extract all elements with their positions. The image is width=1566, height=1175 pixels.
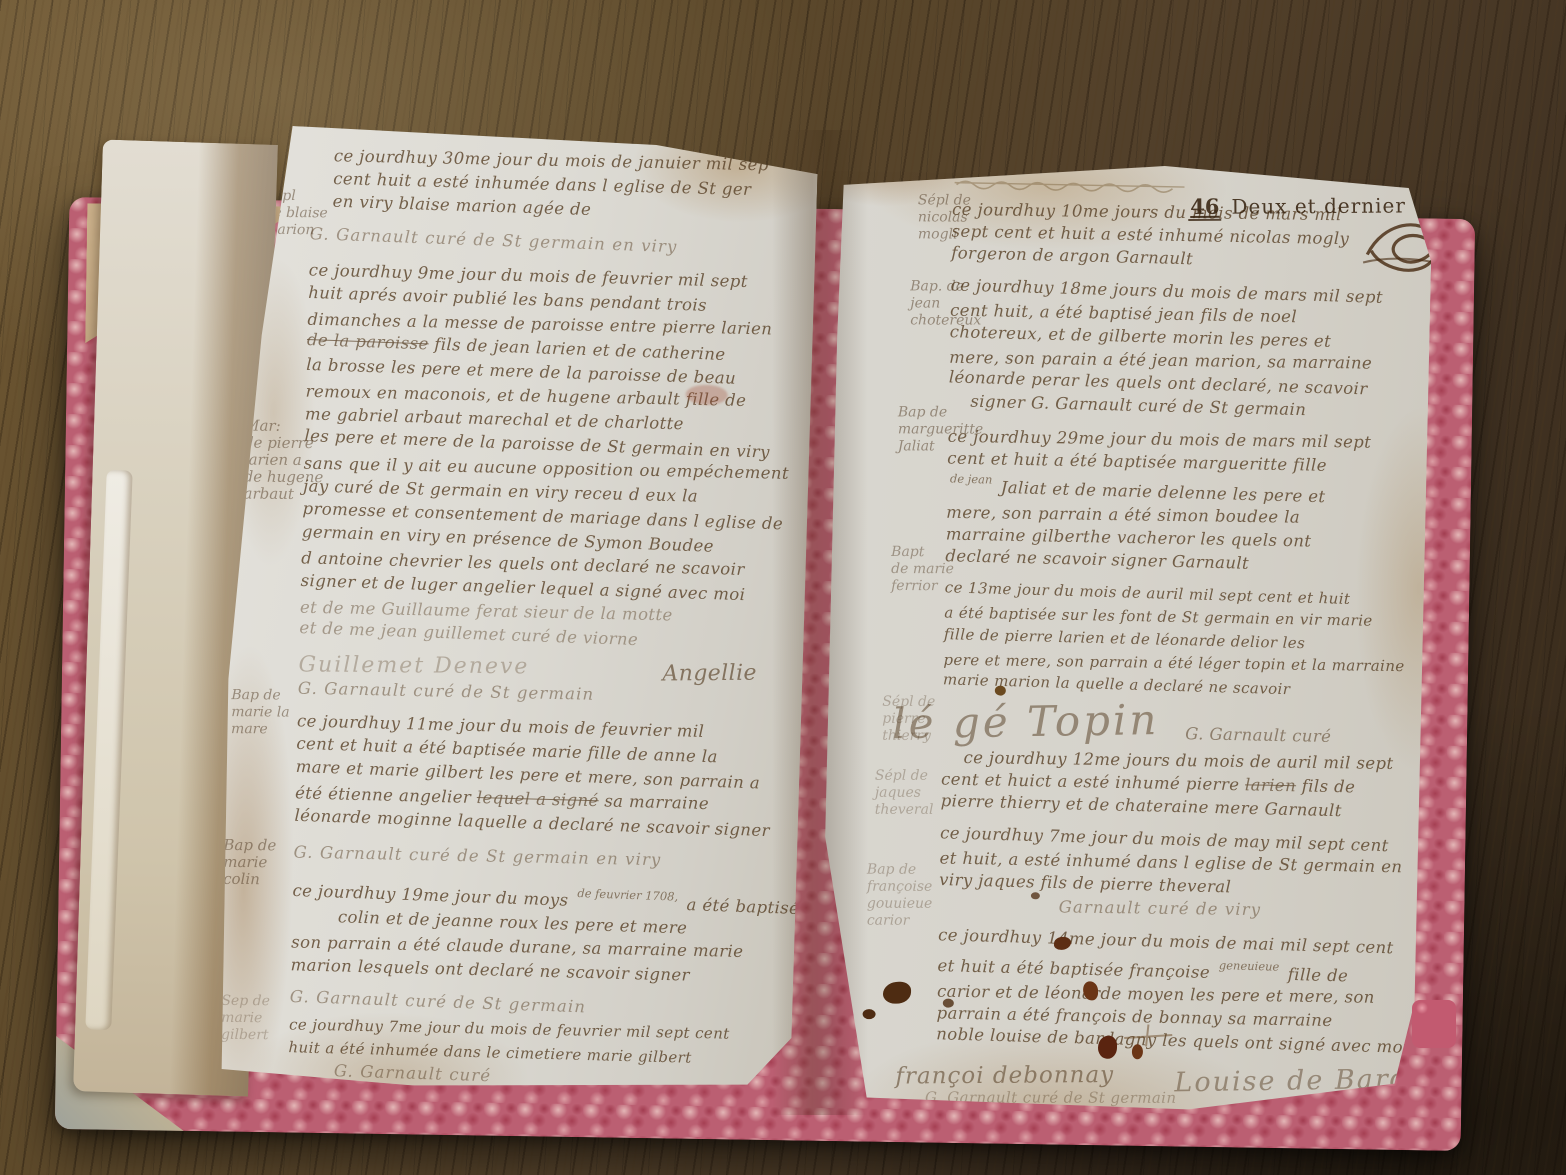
ink-blot	[1098, 1036, 1117, 1059]
signature-guillemet: Guillemet Deneve	[298, 652, 529, 679]
signature-angellier: Angellie	[662, 661, 757, 687]
margin-note: Bap de marie la mare	[231, 687, 290, 739]
ink-blot	[1083, 981, 1098, 1000]
margin-note: Sépl de pierre thierry	[882, 694, 935, 745]
margin-note: Bap de françoise gouuieue carior	[867, 862, 933, 930]
ink-blot	[1031, 892, 1040, 899]
cover-edge-peek	[1412, 1000, 1456, 1048]
margin-note: Sep de marie gilbert	[221, 993, 270, 1044]
margin-note: Bapt de marie ferrior	[891, 544, 954, 595]
left-page-text: ce jourdhuy 30me jour du mois de januier…	[216, 125, 819, 1096]
big-inscription-row: lé gé Topin G. Garnault curé	[892, 695, 1407, 754]
margin-note: Bap. de jean chotereux	[910, 278, 981, 329]
left-page: Sépl de blaise marionMar: de pierre lari…	[216, 125, 819, 1096]
right-page-lines-a: ce jourdhuy 10me jours du mois de mars m…	[943, 197, 1416, 703]
paraph-mark	[1120, 1022, 1180, 1049]
manuscript-line: G. Garnault curé de St germain en viry	[309, 222, 802, 264]
left-page-lines-b: G. Garnault curé de St germaince jourdhu…	[288, 675, 791, 1095]
ink-blot	[863, 1009, 876, 1019]
signature-debonnay: françoi debonnay	[895, 1062, 1114, 1090]
margin-note: Mar: de pierre larien a de hugene arbaut	[243, 417, 323, 503]
margin-note: Sépl de jaques theveral	[875, 768, 934, 819]
left-page-lines-a: ce jourdhuy 30me jour du mois de januier…	[299, 142, 804, 655]
manuscript-photo: Sépl de blaise marionMar: de pierre lari…	[0, 0, 1566, 1175]
ink-blot	[943, 999, 954, 1008]
ink-blot	[995, 685, 1006, 695]
margin-note: Bap de margueritte Jaliat	[898, 404, 983, 455]
margin-note: Sépl de nicolas mogli	[918, 192, 971, 243]
right-page-lines-b: ce jourdhuy 12me jours du mois de auril …	[936, 744, 1406, 1056]
curate-note: G. Garnault curé	[1185, 724, 1331, 746]
margin-note: Bap de marie colin	[223, 837, 276, 888]
folio-number: 46	[1188, 194, 1221, 221]
right-page: 46 Deux et dernier Sépl de nicolas mogli…	[819, 144, 1433, 1117]
manuscript-line: G. Garnault curé de St germain en viry	[293, 841, 785, 875]
